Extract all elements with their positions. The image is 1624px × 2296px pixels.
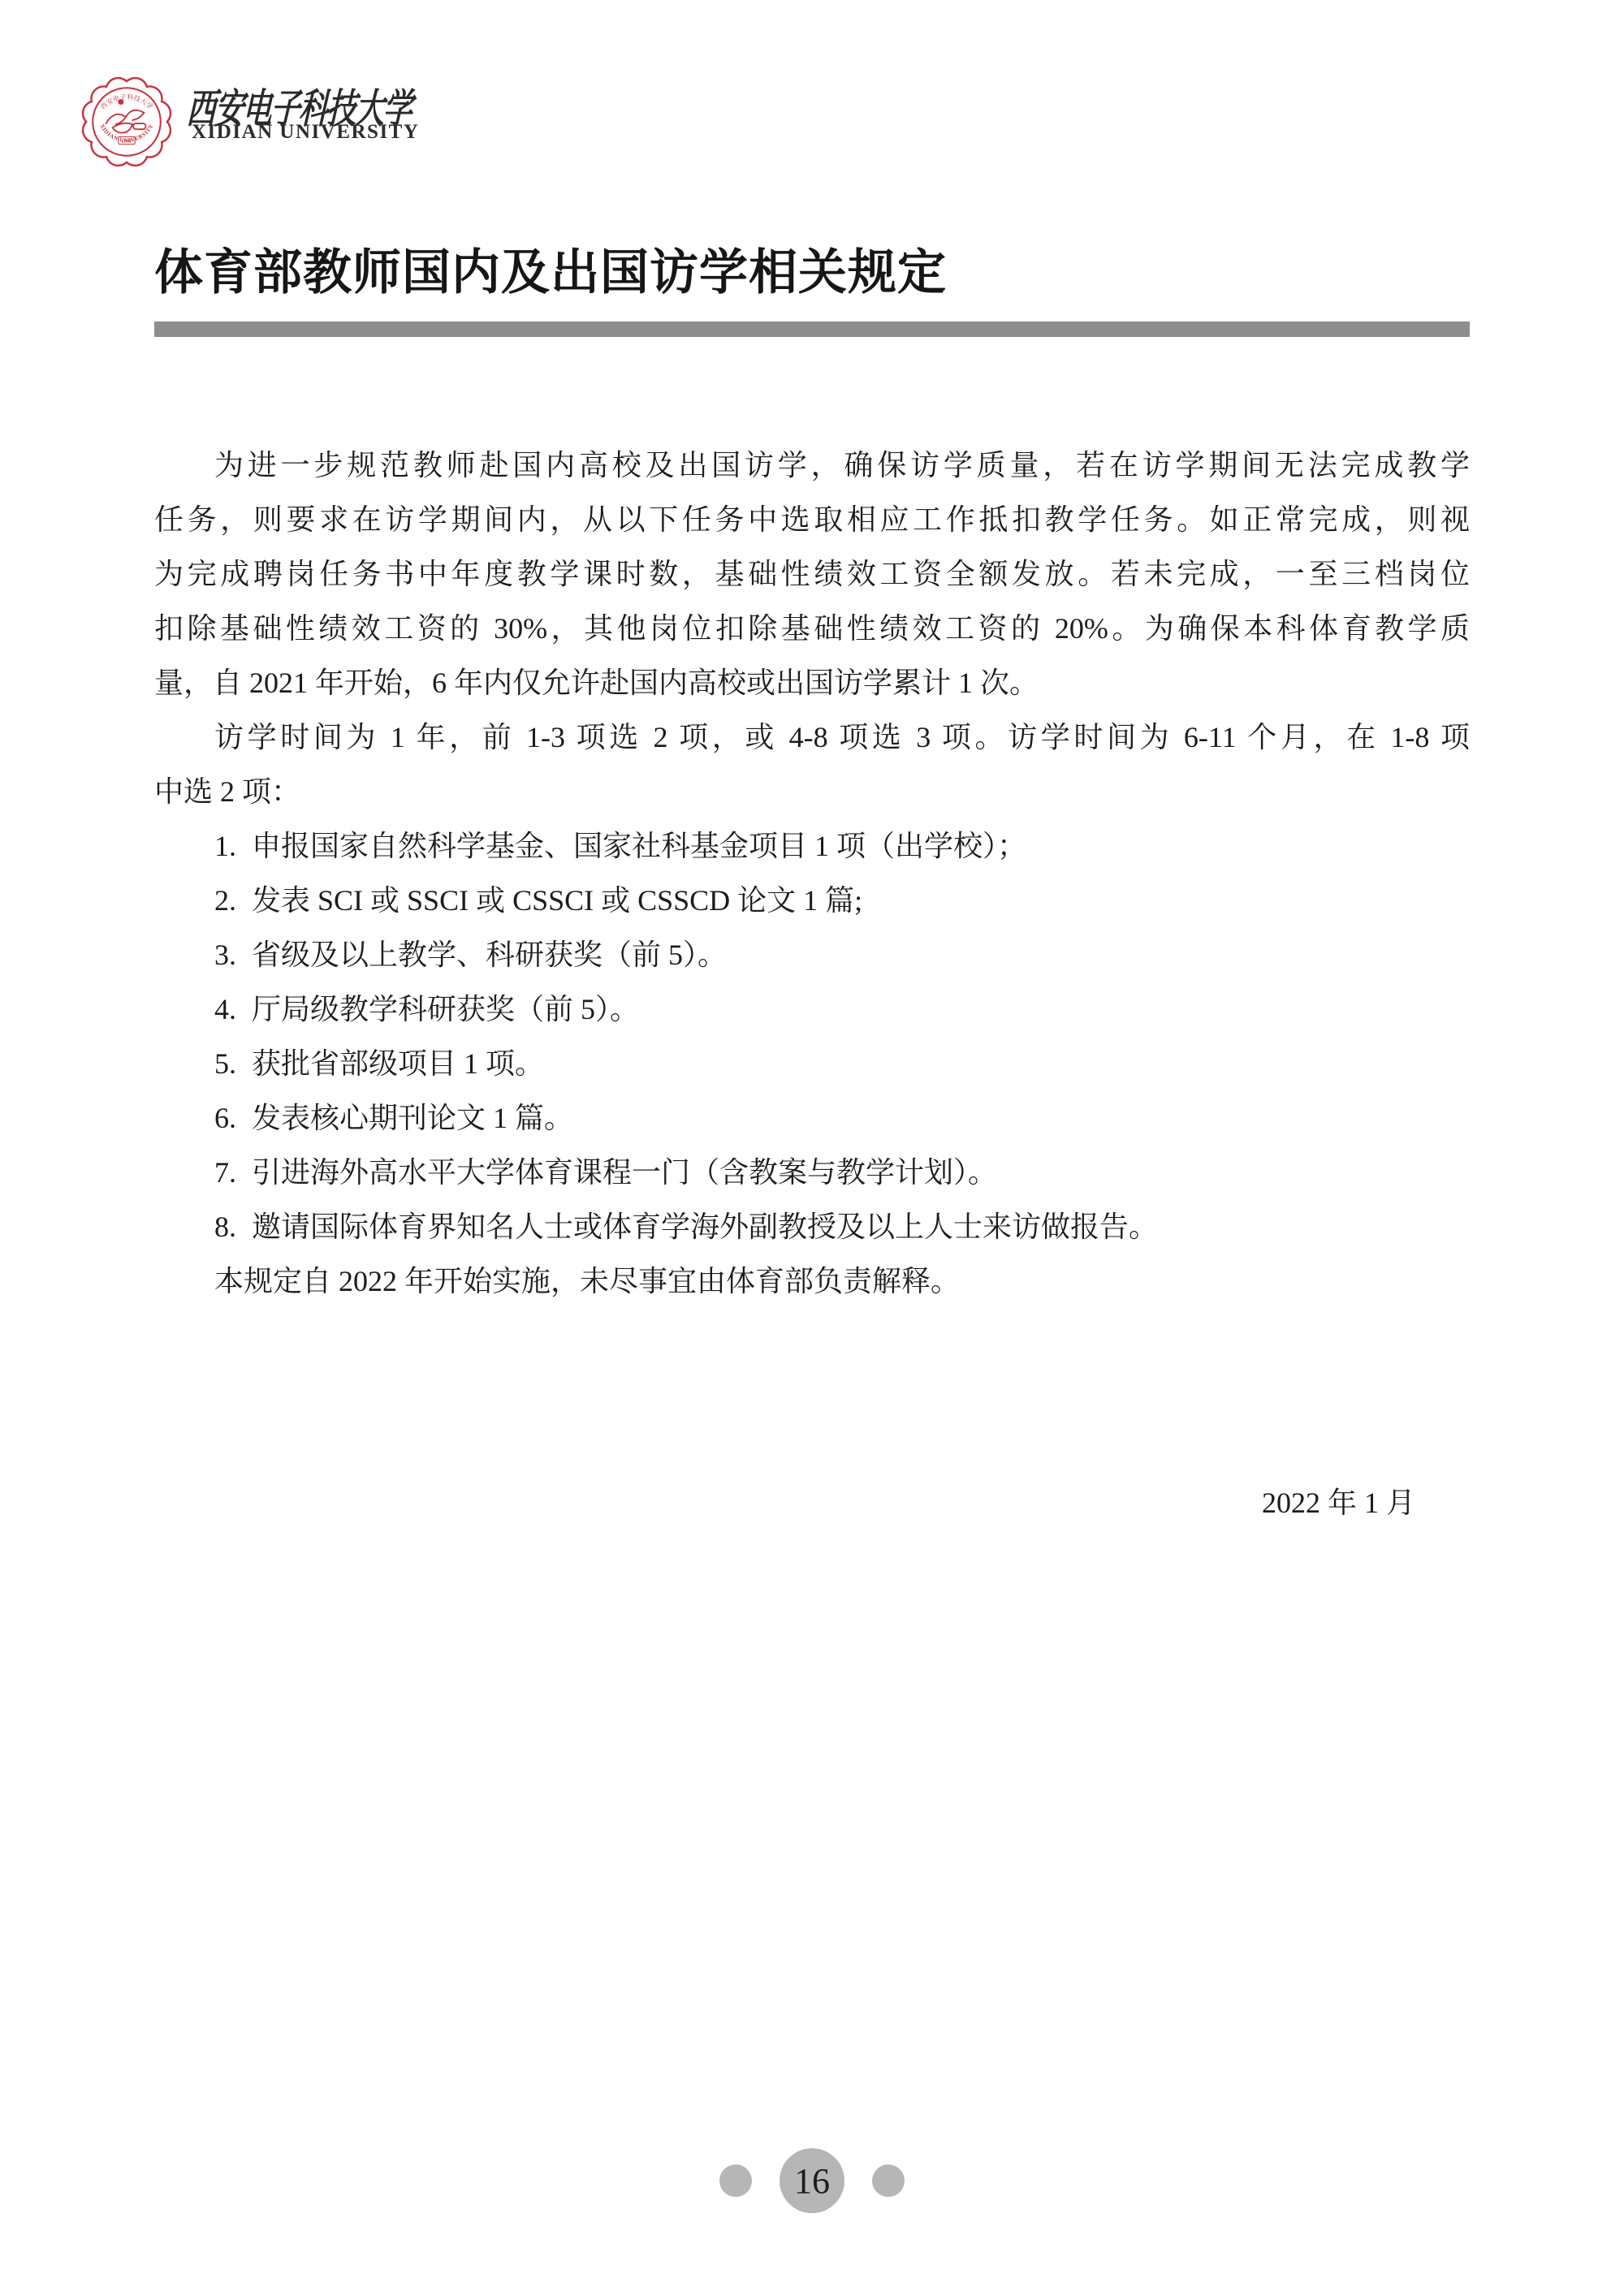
list-item-text: 发表核心期刊论文 1 篇。 xyxy=(252,1102,573,1134)
seal-year: 1931 xyxy=(121,138,132,144)
paragraph-line: 中选 2 项： xyxy=(154,765,1470,819)
page-number: 16 xyxy=(794,2160,830,2202)
seal-inner-circle xyxy=(93,88,160,155)
paragraph-line: 访学时间为 1 年，前 1-3 项选 2 项，或 4-8 项选 3 项。访学时间… xyxy=(154,710,1470,765)
list-item-number: 8. xyxy=(214,1200,252,1254)
university-seal: 西安电子科技大学 XIDIAN UNIVERSITY 1931 xyxy=(81,76,172,167)
list-item-text: 引进海外高水平大学体育课程一门（含教案与教学计划）。 xyxy=(252,1156,997,1189)
list-item-number: 7. xyxy=(214,1146,252,1200)
list-item: 4.厅局级教学科研获奖（前 5）。 xyxy=(154,982,1470,1037)
document-body: 为进一步规范教师赴国内高校及出国访学，确保访学质量，若在访学期间无法完成教学 任… xyxy=(154,438,1470,1530)
list-item-number: 3. xyxy=(214,928,252,982)
list-item: 5.获批省部级项目 1 项。 xyxy=(154,1037,1470,1091)
list-item-text: 发表 SCI 或 SSCI 或 CSSCI 或 CSSCD 论文 1 篇; xyxy=(252,884,862,917)
list-item-number: 6. xyxy=(214,1091,252,1146)
paragraph-line: 为进一步规范教师赴国内高校及出国访学，确保访学质量，若在访学期间无法完成教学 xyxy=(154,438,1470,493)
date-line: 2022 年 1 月 xyxy=(154,1476,1470,1530)
list-item: 8.邀请国际体育界知名人士或体育学海外副教授及以上人士来访做报告。 xyxy=(154,1200,1470,1254)
list-item: 6.发表核心期刊论文 1 篇。 xyxy=(154,1091,1470,1146)
seal-arc-top-text: 西安电子科技大学 xyxy=(99,93,154,110)
list-item-text: 申报国家自然科学基金、国家社科基金项目 1 项（出学校）； xyxy=(252,830,1026,862)
university-name-en: XIDIAN UNIVERSITY xyxy=(192,121,419,144)
paragraph-line: 为完成聘岗任务书中年度教学课时数，基础性绩效工资全额发放。若未完成，一至三档岗位 xyxy=(154,547,1470,602)
seal-bird-icon xyxy=(106,110,146,133)
list-item: 2.发表 SCI 或 SSCI 或 CSSCI 或 CSSCD 论文 1 篇; xyxy=(154,874,1470,928)
list-item-number: 4. xyxy=(214,982,252,1037)
paragraph-line: 量，自 2021 年开始，6 年内仅允许赴国内高校或出国访学累计 1 次。 xyxy=(154,656,1470,710)
list-item-text: 邀请国际体育界知名人士或体育学海外副教授及以上人士来访做报告。 xyxy=(252,1211,1158,1243)
paragraph-line: 扣除基础性绩效工资的 30%，其他岗位扣除基础性绩效工资的 20%。为确保本科体… xyxy=(154,602,1470,656)
list-item-number: 5. xyxy=(214,1037,252,1091)
seal-scallop-border xyxy=(83,78,171,166)
closing-line: 本规定自 2022 年开始实施，未尽事宜由体育部负责解释。 xyxy=(154,1254,1470,1309)
list-item: 7.引进海外高水平大学体育课程一门（含教案与教学计划）。 xyxy=(154,1146,1470,1200)
footer-dot-right-icon xyxy=(872,2164,905,2197)
list-item-number: 2. xyxy=(214,874,252,928)
list-item: 1.申报国家自然科学基金、国家社科基金项目 1 项（出学校）； xyxy=(154,819,1470,874)
seal-sun-dot-icon xyxy=(118,99,123,105)
footer-dot-left-icon xyxy=(719,2164,752,2197)
list-item: 3.省级及以上教学、科研获奖（前 5）。 xyxy=(154,928,1470,982)
list-item-text: 厅局级教学科研获奖（前 5）。 xyxy=(252,993,639,1025)
list-item-text: 获批省部级项目 1 项。 xyxy=(252,1047,544,1080)
title-divider xyxy=(154,322,1470,337)
paragraph-line: 任务，则要求在访学期间内，从以下任务中选取相应工作抵扣教学任务。如正常完成，则视 xyxy=(154,493,1470,547)
page-number-badge: 16 xyxy=(780,2148,844,2213)
list-item-text: 省级及以上教学、科研获奖（前 5）。 xyxy=(252,939,727,971)
list-item-number: 1. xyxy=(214,819,252,874)
page-title: 体育部教师国内及出国访学相关规定 xyxy=(154,234,947,304)
